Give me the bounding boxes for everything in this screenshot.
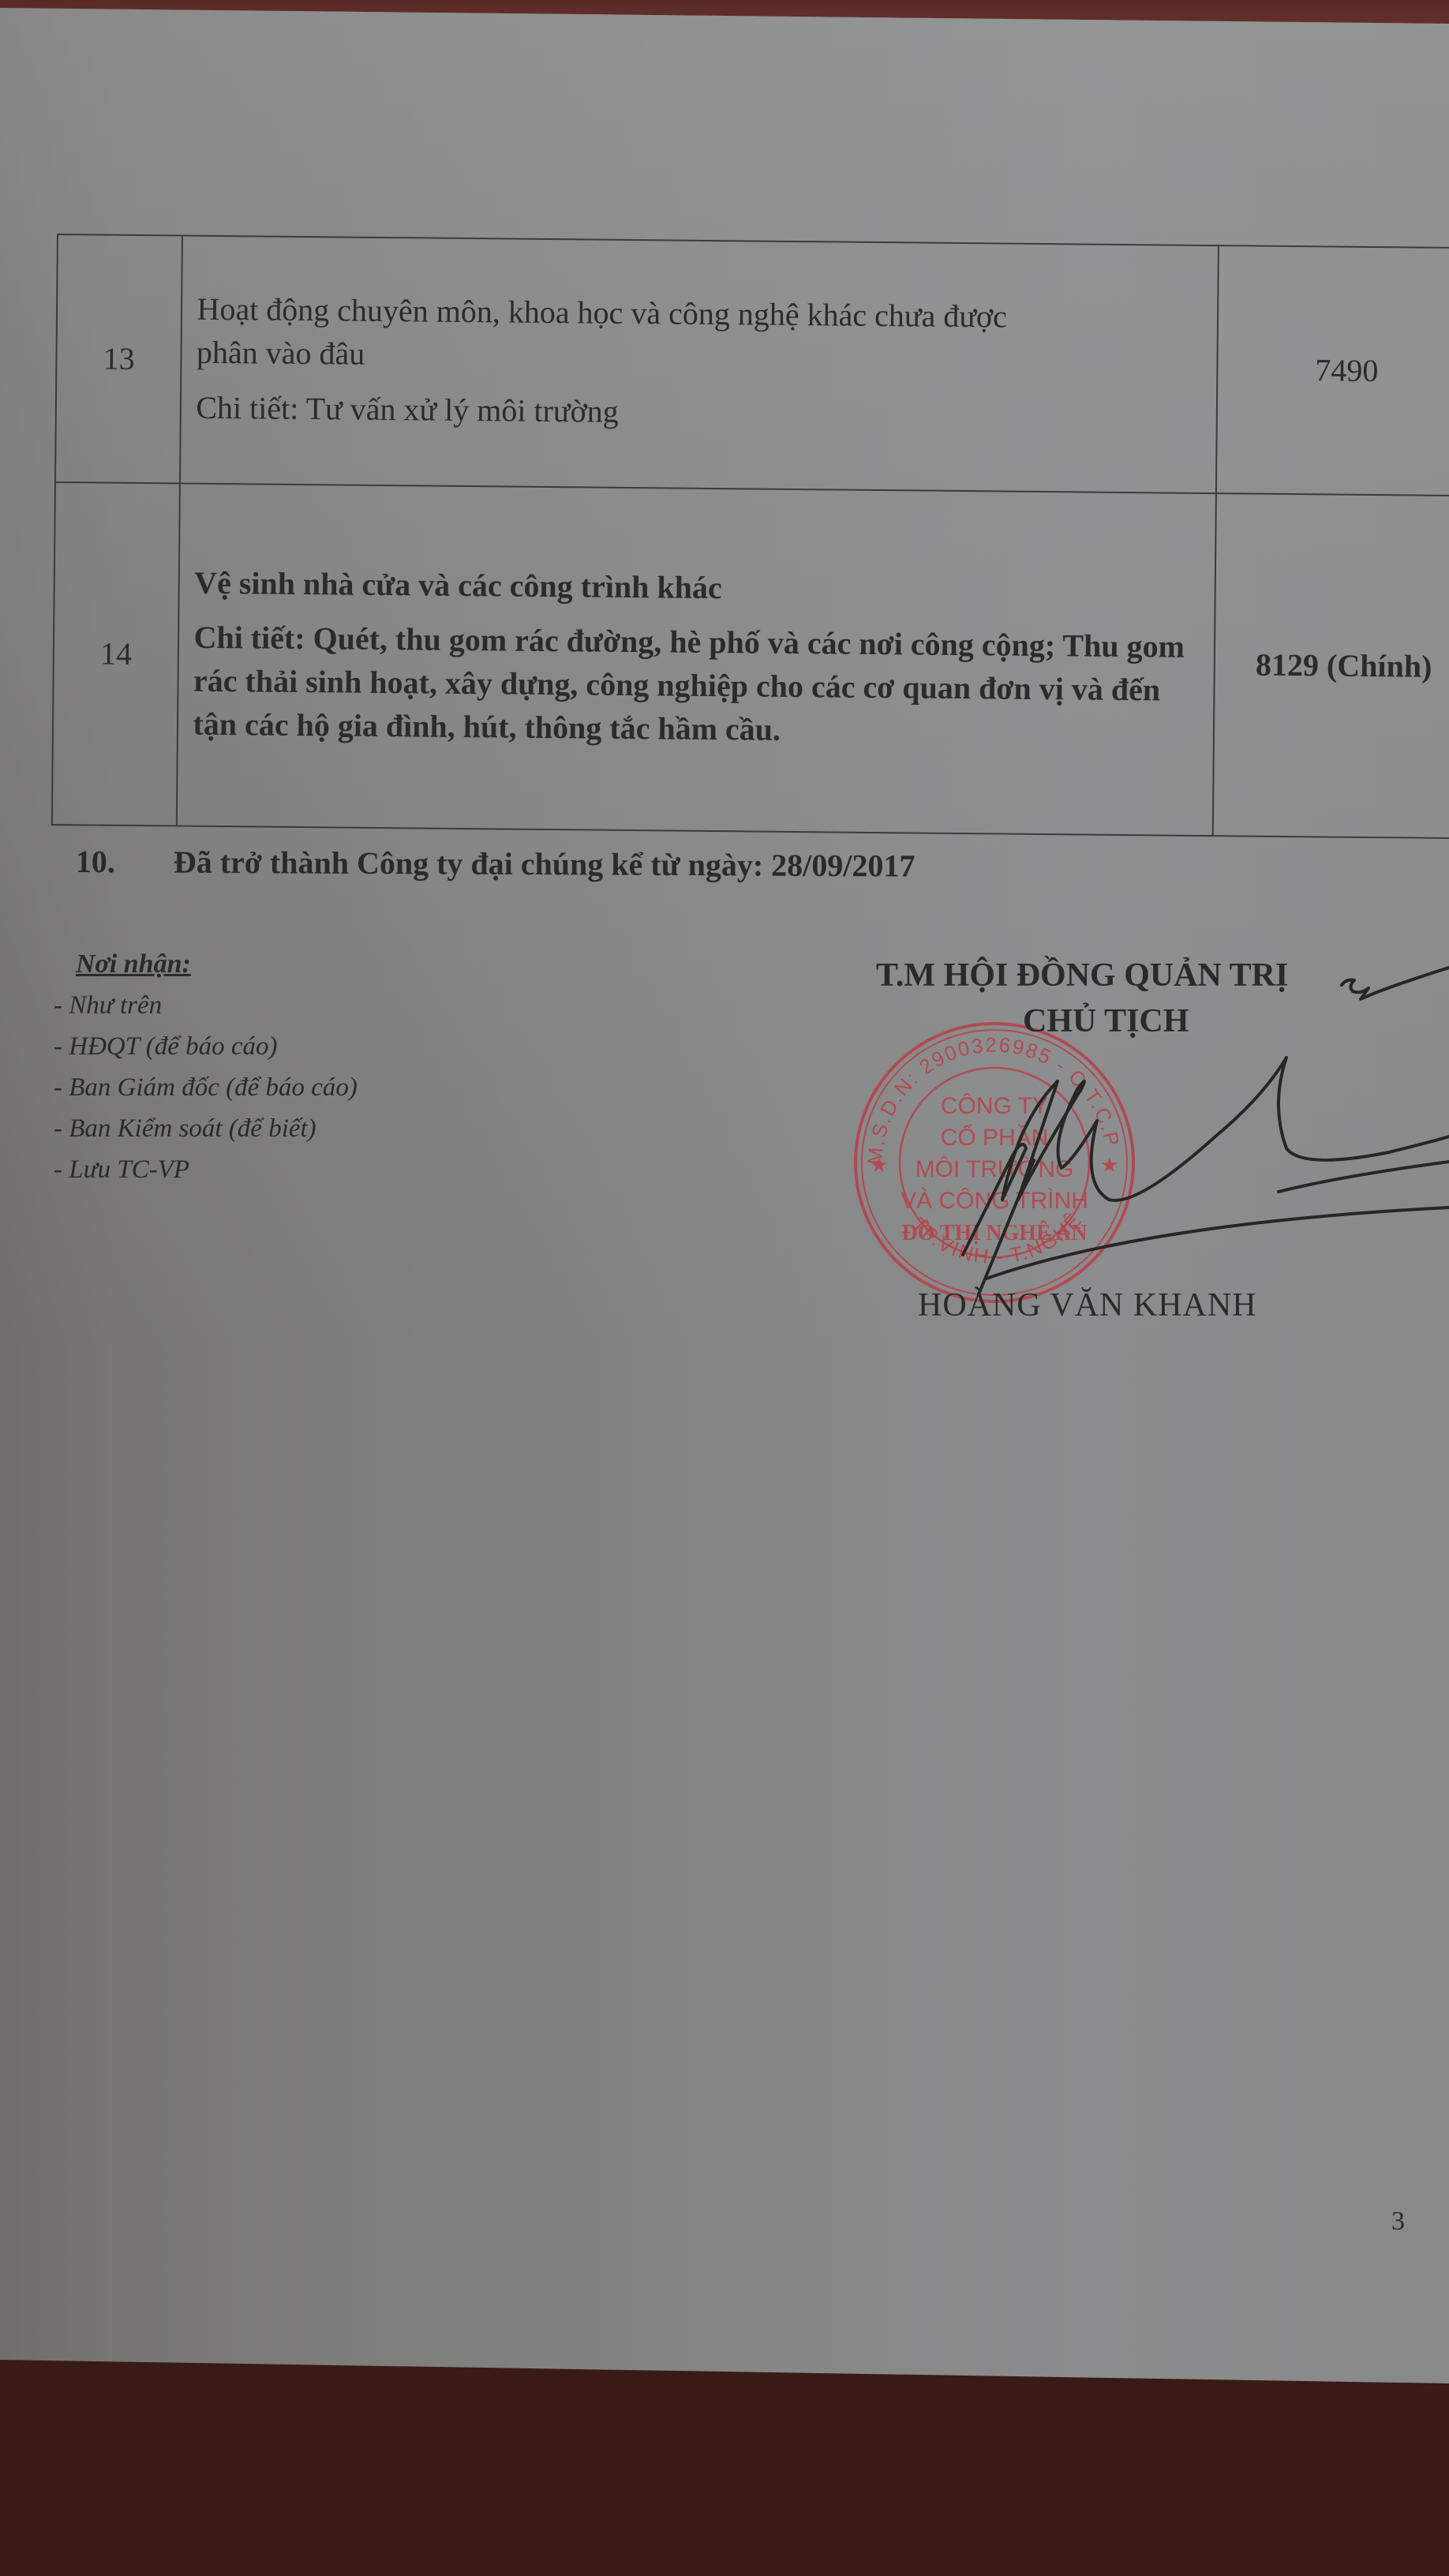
recipient-item: - Ban Giám đốc (để báo cáo)	[54, 1067, 358, 1108]
section-10: 10.Đã trở thành Công ty đại chúng kể từ …	[76, 843, 915, 885]
description-detail: Chi tiết: Quét, thu gom rác đường, hè ph…	[193, 616, 1200, 756]
industry-code: 8129 (Chính)	[1213, 493, 1449, 838]
description-line: phân vào đâu	[197, 331, 1203, 384]
description-detail: Chi tiết: Tư vấn xử lý môi trường	[196, 385, 1202, 438]
recipient-item: - Như trên	[54, 985, 358, 1026]
signer-name: HOÀNG VĂN KHANH	[918, 1286, 1257, 1324]
description-line: Vệ sinh nhà cửa và các công trình khác	[194, 560, 1200, 613]
recipient-item: - Ban Kiểm soát (để biết)	[54, 1108, 358, 1149]
table-row: 14 Vệ sinh nhà cửa và các công trình khá…	[52, 482, 1449, 838]
section-number: 10.	[76, 843, 174, 881]
row-description: Vệ sinh nhà cửa và các công trình khác C…	[177, 484, 1216, 837]
section-text: Đã trở thành Công ty đại chúng kể từ ngà…	[174, 844, 915, 884]
star-icon: ★	[870, 1153, 888, 1177]
recipients-title: Nơi nhận:	[76, 944, 358, 985]
row-number: 13	[55, 234, 182, 484]
row-description: Hoạt động chuyên môn, khoa học và công n…	[180, 236, 1218, 494]
industry-code: 7490	[1216, 245, 1449, 496]
business-lines-table: 13 Hoạt động chuyên môn, khoa học và côn…	[51, 234, 1449, 839]
recipients-list: Nơi nhận: - Như trên - HĐQT (để báo cáo)…	[54, 944, 358, 1190]
handwritten-signature	[947, 963, 1449, 1334]
page-number: 3	[1391, 2207, 1405, 2237]
recipient-item: - Lưu TC-VP	[54, 1149, 358, 1190]
table-row: 13 Hoạt động chuyên môn, khoa học và côn…	[55, 234, 1449, 496]
recipient-item: - HĐQT (để báo cáo)	[54, 1026, 358, 1067]
row-number: 14	[52, 482, 181, 826]
